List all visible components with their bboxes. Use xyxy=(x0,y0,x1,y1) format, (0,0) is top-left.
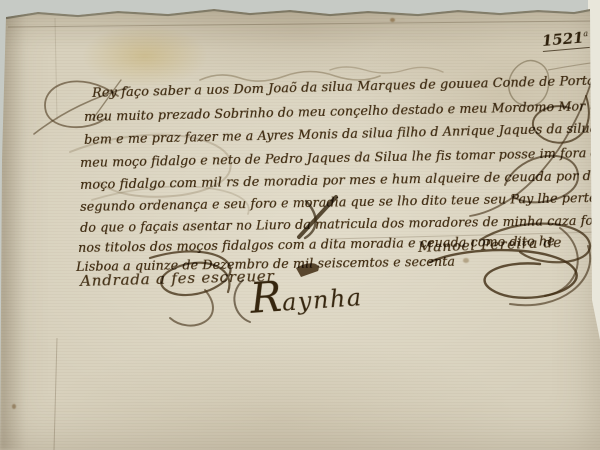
manuscript-line-6: segundo ordenança e seu foro e moradia q… xyxy=(80,189,600,214)
manuscript-line-5: moço fidalgo com mil rs de moradia por m… xyxy=(80,168,600,193)
folio-digits: 1521 xyxy=(541,28,584,50)
queen-signature: Raynha xyxy=(248,266,363,323)
manuscript-photo: 1521a Rey faço saber a uos Dom Joaõ da s… xyxy=(0,0,600,450)
manuscript-line-4: meu moço fidalgo e neto de Pedro Jaques … xyxy=(80,144,600,170)
fox-spot xyxy=(463,258,469,263)
crease-line xyxy=(54,338,57,450)
manuscript-line-3: bem e me praz fazer me a Ayres Monis da … xyxy=(84,119,600,147)
signature-flourish xyxy=(234,280,250,322)
secretary-closing-line: Andrada a fes escreuer xyxy=(80,267,275,290)
fox-spot xyxy=(390,18,395,22)
manuscript-paper: 1521a Rey faço saber a uos Dom Joaõ da s… xyxy=(0,0,600,450)
manuscript-line-1: Rey faço saber a uos Dom Joaõ da silua M… xyxy=(92,73,600,101)
fox-spot xyxy=(12,404,16,409)
paper-stain xyxy=(0,6,600,48)
folio-number: 1521a xyxy=(541,28,589,52)
folio-mark: a xyxy=(583,29,589,38)
manuscript-line-7: do que o façais asentar no Liuro da matr… xyxy=(80,212,600,235)
paper-stain xyxy=(0,0,26,450)
manuscript-line-2: meu muito prezado Sobrinho do meu conçel… xyxy=(84,97,600,124)
